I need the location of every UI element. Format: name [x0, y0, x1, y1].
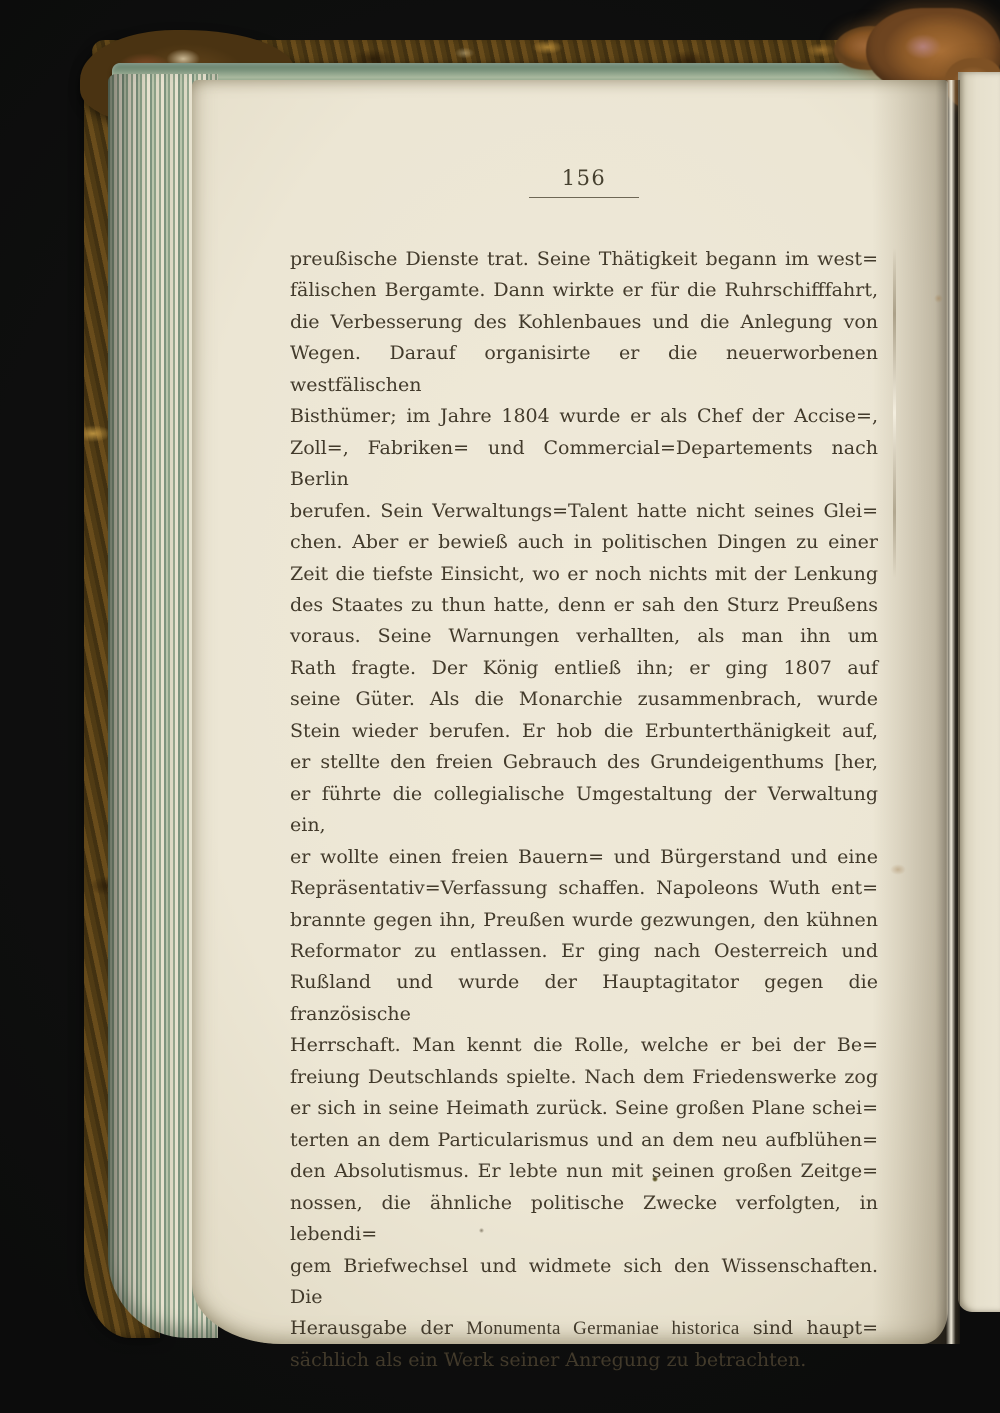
text-line: seine Güter. Als die Monarchie zusammenb… [290, 684, 878, 715]
fraktur-text: Herausgabe der [290, 1317, 466, 1339]
text-line: er stellte den freien Gebrauch des Grund… [290, 747, 878, 778]
text-line: er sich in seine Heimath zurück. Seine g… [290, 1093, 878, 1124]
text-line: Herrschaft. Man kennt die Rolle, welche … [290, 1030, 878, 1061]
fraktur-text: sind haupt= [740, 1317, 878, 1339]
text-line: fälischen Bergamte. Dann wirkte er für d… [290, 275, 878, 306]
text-line: er führte die collegialische Umgestaltun… [290, 779, 878, 842]
text-line: berufen. Sein Verwaltungs=Talent hatte n… [290, 496, 878, 527]
page-header: 156 [290, 168, 878, 198]
antiqua-text: Monumenta Germaniae historica [466, 1318, 739, 1339]
text-line: terten an dem Particularismus und an dem… [290, 1125, 878, 1156]
text-line: Repräsentativ=Verfassung schaffen. Napol… [290, 873, 878, 904]
text-line: nossen, die ähnliche politische Zwecke v… [290, 1188, 878, 1251]
foxing-spot [890, 864, 906, 875]
text-line: die Verbesserung des Kohlenbaues und die… [290, 307, 878, 338]
text-line: Bisthümer; im Jahre 1804 wurde er als Ch… [290, 401, 878, 432]
text-line: Stein wieder berufen. Er hob die Erbunte… [290, 716, 878, 747]
text-line: preußische Dienste trat. Seine Thätigkei… [290, 244, 878, 275]
page-crease-line [893, 248, 896, 578]
text-line: Reformator zu entlassen. Er ging nach Oe… [290, 936, 878, 967]
text-line: chen. Aber er bewieß auch in politischen… [290, 527, 878, 558]
text-line: Rath fragte. Der König entließ ihn; er g… [290, 653, 878, 684]
text-line: den Absolutismus. Er lebte nun mit seine… [290, 1156, 878, 1187]
text-line: Zeit die tiefste Einsicht, wo er noch ni… [290, 559, 878, 590]
text-line: Rußland und wurde der Hauptagitator gege… [290, 967, 878, 1030]
page-number-rule [529, 197, 639, 198]
text-line-mixed: Herausgabe der Monumenta Germaniae histo… [290, 1313, 878, 1344]
text-line: Zoll=, Fabriken= und Commercial=Departem… [290, 433, 878, 496]
gutter-shadow [872, 80, 960, 1344]
text-line: gem Briefwechsel und widmete sich den Wi… [290, 1251, 878, 1314]
text-line: voraus. Seine Warnungen verhallten, als … [290, 621, 878, 652]
text-line: freiung Deutschlands spielte. Nach dem F… [290, 1062, 878, 1093]
text-line: des Staates zu thun hatte, denn er sah d… [290, 590, 878, 621]
text-line: Wegen. Darauf organisirte er die neuerwo… [290, 338, 878, 401]
page-text: preußische Dienste trat. Seine Thätigkei… [290, 244, 878, 1376]
text-line: brannte gegen ihn, Preußen wurde gezwung… [290, 905, 878, 936]
foxing-spot [934, 294, 943, 303]
text-line: er wollte einen freien Bauern= und Bürge… [290, 842, 878, 873]
text-line: sächlich als ein Werk seiner Anregung zu… [290, 1345, 878, 1376]
page-number: 156 [290, 168, 878, 189]
photo-background: 156 preußische Dienste trat. Seine Thäti… [0, 0, 1000, 1413]
facing-page-sliver [958, 72, 1000, 1312]
